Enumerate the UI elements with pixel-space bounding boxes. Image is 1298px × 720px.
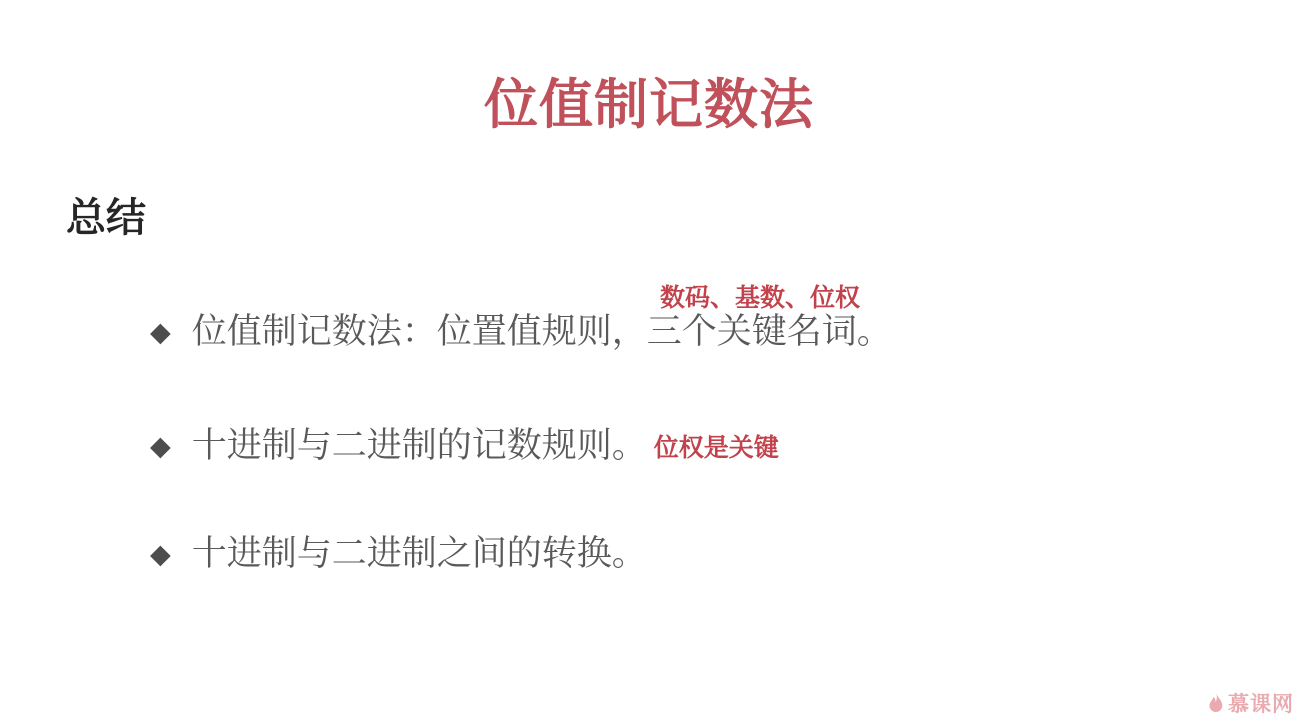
bullet-1-annotation: 数码、基数、位权 [660, 278, 860, 314]
slide: 位值制记数法 总结 数码、基数、位权 ◆ 位值制记数法：位置值规则，三个关键名词… [0, 0, 1298, 720]
watermark: 慕课网 [1208, 688, 1294, 718]
bullet-1-text: 位值制记数法：位置值规则，三个关键名词。 [192, 311, 892, 353]
bullet-item-2: ◆ 十进制与二进制的记数规则。 位权是关键 [150, 425, 779, 467]
bullet-2-annotation: 位权是关键 [654, 428, 779, 464]
flame-icon [1208, 693, 1224, 714]
diamond-bullet-icon: ◆ [150, 541, 171, 568]
diamond-bullet-icon: ◆ [150, 433, 171, 460]
bullet-item-3: ◆ 十进制与二进制之间的转换。 [150, 533, 647, 575]
bullet-2-text: 十进制与二进制的记数规则。 [192, 425, 647, 467]
watermark-label: 慕课网 [1228, 688, 1294, 718]
bullet-item-1: ◆ 位值制记数法：位置值规则，三个关键名词。 [150, 311, 892, 353]
slide-title: 位值制记数法 [0, 62, 1298, 139]
diamond-bullet-icon: ◆ [150, 319, 171, 346]
bullet-3-text: 十进制与二进制之间的转换。 [192, 533, 647, 575]
section-heading: 总结 [66, 186, 146, 243]
